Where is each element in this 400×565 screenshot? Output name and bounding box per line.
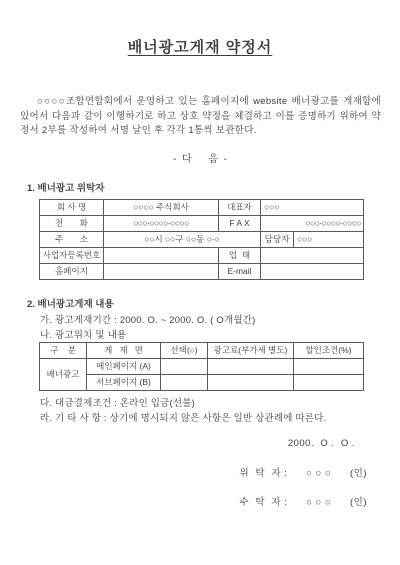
business-number-label: 사업자등록번호 <box>40 247 104 263</box>
table-row-address: 주 소 ○○시 ○○구 ○○동 ○-○ 담당자 ○○○ <box>40 231 364 247</box>
business-type-label: 업 태 <box>219 247 261 263</box>
sub-selection-cell <box>161 374 208 390</box>
agreement-date: 2000. O . O . <box>0 438 400 450</box>
business-type-value <box>261 247 364 263</box>
ad-position-item: 나. 광고위치 및 내용 <box>40 329 400 342</box>
category-header: 구 분 <box>40 342 87 358</box>
payment-terms-item: 다. 대금결제조건 : 온라인 입금(선불) <box>40 397 400 410</box>
table-row-homepage: 홈페이지 E-mail <box>40 263 364 279</box>
main-discount-cell <box>294 358 364 374</box>
ceo-label: 대표자 <box>219 199 261 215</box>
table-row-main-page: 배너광고 메인페이지 (A) <box>40 358 364 374</box>
company-name-value: ○○○○ 주식회사 <box>104 199 219 215</box>
company-name-label: 회 사 명 <box>40 199 104 215</box>
banner-ad-group-label: 배너광고 <box>40 358 87 390</box>
address-value: ○○시 ○○구 ○○동 ○-○ <box>104 231 261 247</box>
section1-heading: 1. 배너광고 위탁자 <box>27 182 400 195</box>
phone-value: ○○○-○○○○-○○○○ <box>104 215 219 231</box>
trustee-signature-line: 수 탁 자 : ○ ○ ○ (인) <box>0 497 400 509</box>
main-selection-cell <box>161 358 208 374</box>
agreement-document-page: 배너광고게재 약정서 ○○○○조합연합회에서 운영하고 있는 홈페이지에 web… <box>0 0 400 565</box>
other-terms-item: 라. 기 타 사 항 : 상기에 명시되지 않은 사항은 일반 상관례에 따른다… <box>40 412 400 425</box>
consignor-signature-line: 위 탁 자 : ○ ○ ○ (인) <box>0 468 400 480</box>
email-value <box>261 263 364 279</box>
document-title: 배너광고게재 약정서 <box>0 39 400 57</box>
sub-discount-cell <box>294 374 364 390</box>
table-row-business-number: 사업자등록번호 업 태 <box>40 247 364 263</box>
table-row-company: 회 사 명 ○○○○ 주식회사 대표자 ○○○ <box>40 199 364 215</box>
table-row-sub-page: 서브페이지 (B) <box>40 374 364 390</box>
consignor-info-table: 회 사 명 ○○○○ 주식회사 대표자 ○○○ 전 화 ○○○-○○○○-○○○… <box>39 199 364 280</box>
table-row-phone: 전 화 ○○○-○○○○-○○○○ F A X ○○○-○○○○-○○○○ <box>40 215 364 231</box>
email-label: E-mail <box>219 263 261 279</box>
main-page-cell: 메인페이지 (A) <box>87 358 161 374</box>
fax-value: ○○○-○○○○-○○○○ <box>261 215 364 231</box>
sub-fee-cell <box>208 374 294 390</box>
address-label: 주 소 <box>40 231 104 247</box>
homepage-value <box>104 263 219 279</box>
ad-period-item: 가. 광고게재기간 : 2000. O. ~ 2000. O. ( O개월간) <box>40 314 400 327</box>
table-header-row: 구 분 게 재 면 선택(○) 광고료(부가세 별도) 할인조건(%) <box>40 342 364 358</box>
main-fee-cell <box>208 358 294 374</box>
homepage-label: 홈페이지 <box>40 263 104 279</box>
ad-content-table: 구 분 게 재 면 선택(○) 광고료(부가세 별도) 할인조건(%) 배너광고… <box>39 342 364 391</box>
intro-paragraph: ○○○○조합연합회에서 운영하고 있는 홈페이지에 website 배너광고를 … <box>20 95 381 139</box>
sub-page-cell: 서브페이지 (B) <box>87 374 161 390</box>
business-number-value <box>104 247 219 263</box>
section2-heading: 2. 배너광고게재 내용 <box>27 298 400 311</box>
ad-fee-header: 광고료(부가세 별도) <box>208 342 294 358</box>
selection-header: 선택(○) <box>161 342 208 358</box>
daum-divider: - 다 음 - <box>0 154 400 165</box>
discount-header: 할인조건(%) <box>294 342 364 358</box>
ceo-value: ○○○ <box>261 199 364 215</box>
contact-person-label: 담당자 <box>261 231 294 247</box>
phone-label: 전 화 <box>40 215 104 231</box>
page-face-header: 게 재 면 <box>87 342 161 358</box>
contact-person-value: ○○○ <box>294 231 364 247</box>
fax-label: F A X <box>219 215 261 231</box>
